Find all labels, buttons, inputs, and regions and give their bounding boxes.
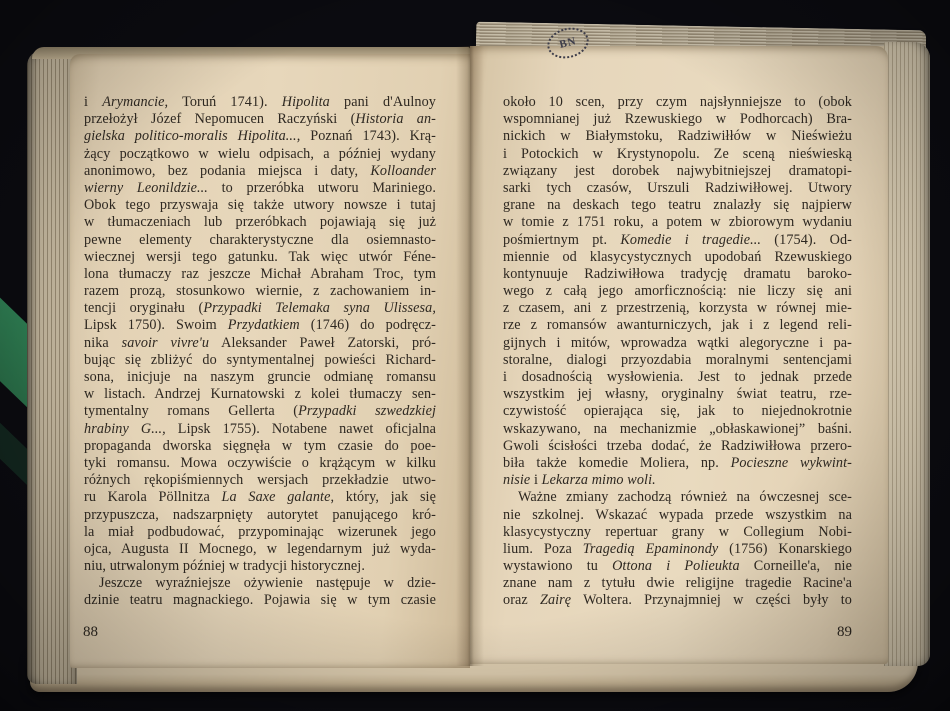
text-line: tymentalny romans Gellerta (Przypadki sz… [84,403,436,420]
text-line: tyki romansu. Mowa oczywiście o krążącym… [84,455,436,472]
text-line: pewne elementy charakterystyczne dla osi… [84,232,436,249]
text-line: nie szkolnej. Wskazać wypada przede wszy… [503,507,852,524]
text-line: wystawiono tu Ottona i Polieukta Corneil… [503,558,852,575]
page-left-text: i Arymancie, Toruń 1741). Hipolita pani … [84,94,436,610]
text-line: wierny Leonildzie... to przeróbka utworu… [84,180,436,197]
text-line: przełożył Józef Nepomucen Raczyński (His… [84,111,436,128]
open-book: BN i Arymancie, Toruń 1741). Hipolita pa… [0,0,950,711]
text-line: pośmiertnym pt. Komedie i tragedie... (1… [503,232,852,249]
text-line: znane nam z tytułu dwie religijne traged… [503,575,852,592]
text-line: nickich w Białymstoku, Radziwiłłów w Nie… [503,128,852,145]
text-line: w listach. Andrzej Kurnatowski z kolei t… [84,386,436,403]
text-line: Obok tego przyswaja się także utwory now… [84,197,436,214]
text-line: kontynuuje Radziwiłłowa tradycję dramatu… [503,266,852,283]
text-line: Lipsk 1750). Swoim Przydatkiem (1746) do… [84,317,436,334]
page-edges-right [884,42,930,666]
text-line: różnych rękopiśmiennych wersjach przekła… [84,472,436,489]
text-line: tencji oryginału (Przypadki Telemaka syn… [84,300,436,317]
photo-background: BN i Arymancie, Toruń 1741). Hipolita pa… [0,0,950,711]
text-line: Jeszcze wyraźniejsze ożywienie następuje… [84,575,436,592]
text-line: storalne, dialogi przyozdabia moralnymi … [503,352,852,369]
book-gutter-shadow [456,46,484,666]
text-line: hrabiny G..., Lipsk 1755). Notabene nawe… [84,421,436,438]
text-line: gielska politico-moralis Hipolita..., Po… [84,128,436,145]
text-line: grane na deskach tego teatru znalazły si… [503,197,852,214]
text-line: wiecznej wersji tego gatunku. Tak więc u… [84,249,436,266]
text-line: ru Karola Pöllnitza La Saxe galante, któ… [84,489,436,506]
text-line: związany jest dorobek najwybitniejszej d… [503,163,852,180]
text-line: dzinie teatru magnackiego. Pojawia się w… [84,592,436,609]
text-line: sona, inicjuje na naszym gruncie odmianę… [84,369,436,386]
text-line: oraz Zairę Woltera. Przynajmniej w częśc… [503,592,852,609]
text-line: i Arymancie, Toruń 1741). Hipolita pani … [84,94,436,111]
text-line: Gwoli ścisłości trzeba dodać, że Radziwi… [503,438,852,455]
text-line: lona tłumaczy raz jeszcze Michał Abraham… [84,266,436,283]
text-line: i dosadnością wysłowienia. Jest to jedna… [503,369,852,386]
text-line: przypuszcza, nadszarpnięty autorytet pan… [84,507,436,524]
text-line: z czasem, ani z przestrzenią, korzysta w… [503,300,852,317]
text-line: razem prozą, stosunkowo wiernie, z zacho… [84,283,436,300]
text-line: Ważne zmiany zachodzą również na ówczesn… [503,489,852,506]
text-line: w tomie z 1751 roku, a potem w zbiorowym… [503,214,852,231]
page-number-right: 89 [503,624,852,641]
text-line: ojca, Augusta II Mocnego, w legendarnym … [84,541,436,558]
text-line: wskazywano, na mechanizmie „obłaskawione… [503,421,852,438]
page-right-text: około 10 scen, przy czym najsłynniejsze … [503,94,852,610]
text-line: gijnych i mitów, wprowadza wątki alegory… [503,335,852,352]
text-line: czywistość opierająca się, jak to niejed… [503,403,852,420]
text-line: nika savoir vivre'u Aleksander Paweł Zat… [84,335,436,352]
text-line: wspomnianej już Rzewuskiego w Podhorcach… [503,111,852,128]
text-line: bując się zbliżyć do syntymentalnej powi… [84,352,436,369]
text-line: anonimowo, bez podania miejsca i daty, K… [84,163,436,180]
text-line: około 10 scen, przy czym najsłynniejsze … [503,94,852,111]
text-line: żący początkowo w wielu odpisach, a późn… [84,146,436,163]
text-line: wego z całą jego amorficznością: nie lic… [503,283,852,300]
text-line: niu, utrwalonym później w tradycji histo… [84,558,436,575]
text-line: miennie od klasycystycznych upodobań Rze… [503,249,852,266]
page-number-left: 88 [83,624,98,641]
text-line: lium. Poza Tragedią Epaminondy (1756) Ko… [503,541,852,558]
text-line: la miał podbudować, przypominając wizeru… [84,524,436,541]
text-line: w tłumaczeniach lub przeróbkach pojawiaj… [84,214,436,231]
text-line: nisie i Lekarza mimo woli. [503,472,852,489]
text-line: sarki tych czasów, Urszuli Radziwiłłowej… [503,180,852,197]
text-line: biła także komedie Moliera, np. Pocieszn… [503,455,852,472]
text-line: propaganda dworska sięgnęła w tym czasie… [84,438,436,455]
text-line: wszystkim jej własny, oryginalny świat t… [503,386,852,403]
text-line: klasycystyczny repertuar grany w Collegi… [503,524,852,541]
text-line: rze z romansów awanturniczych, jak i z l… [503,317,852,334]
text-line: i Potockich w Krystynopolu. Ze sceną nie… [503,146,852,163]
